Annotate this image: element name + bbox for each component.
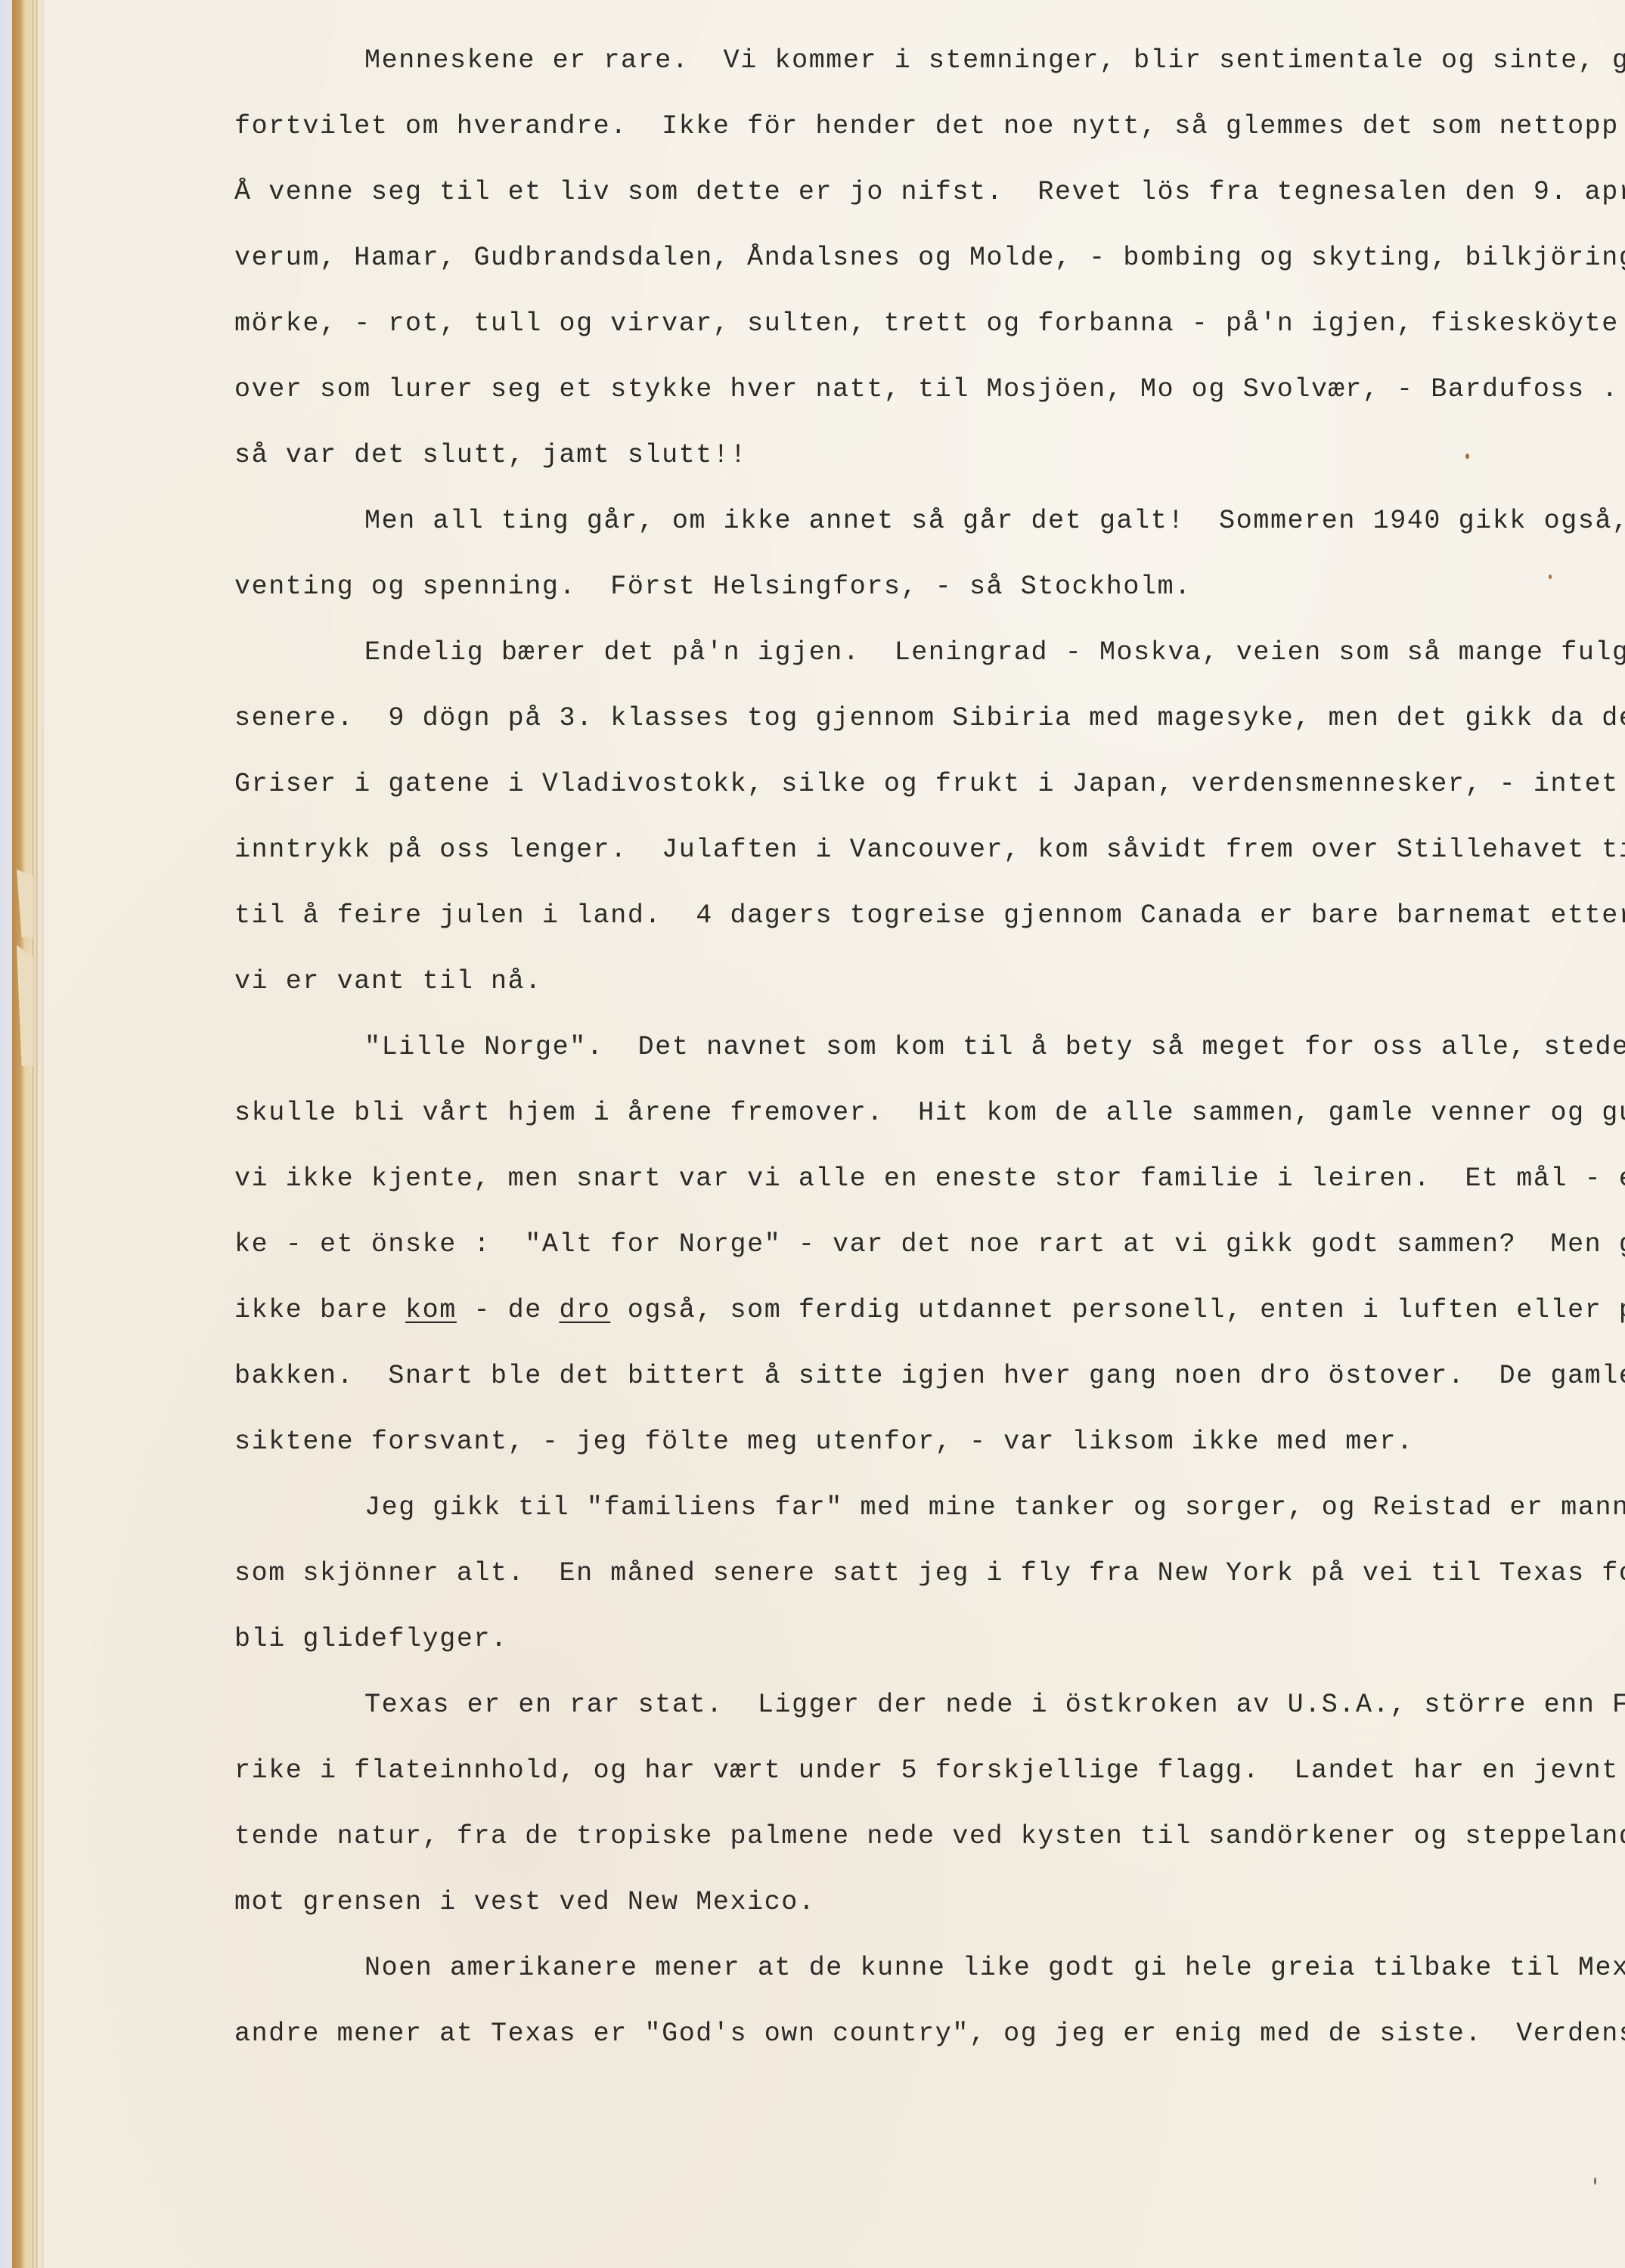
text-line: "Lille Norge". Det navnet som kom til å … [364,1030,1625,1064]
torn-paper-fragment [17,869,33,937]
text-line: som skjönner alt. En måned senere satt j… [234,1557,1625,1590]
text-line: ke - et önske : "Alt for Norge" - var de… [234,1228,1625,1261]
paper-speck [1594,2177,1596,2185]
torn-paper-fragment [17,945,33,1066]
text-line: Endelig bærer det på'n igjen. Leningrad … [364,636,1625,669]
text-line: Å venne seg til et liv som dette er jo n… [234,175,1625,209]
text-line: bli glideflyger. [234,1622,508,1656]
text-line: ikke bare kom - de dro også, som ferdig … [234,1294,1625,1327]
text-line: over som lurer seg et stykke hver natt, … [234,373,1625,406]
text-line: skulle bli vårt hjem i årene fremover. H… [234,1096,1625,1129]
text-line: bakken. Snart ble det bittert å sitte ig… [234,1359,1625,1393]
text-line: verum, Hamar, Gudbrandsdalen, Åndalsnes … [234,241,1625,274]
paper-speck [1465,454,1469,459]
text-line: Menneskene er rare. Vi kommer i stemning… [364,44,1625,77]
text-line: rike i flateinnhold, og har vært under 5… [234,1754,1625,1787]
text-line: andre mener at Texas er "God's own count… [234,2017,1625,2050]
text-line: fortvilet om hverandre. Ikke för hender … [234,110,1625,143]
text-line: venting og spenning. Först Helsingfors, … [234,570,1192,603]
paper-speck [1549,575,1552,579]
paper-sheet [44,0,1625,2268]
text-line: mot grensen i vest ved New Mexico. [234,1885,816,1919]
text-line: vi ikke kjente, men snart var vi alle en… [234,1162,1625,1195]
text-line: så var det slutt, jamt slutt!! [234,438,747,472]
text-line: mörke, - rot, tull og virvar, sulten, tr… [234,307,1625,340]
text-line: tende natur, fra de tropiske palmene ned… [234,1820,1625,1853]
text-line: vi er vant til nå. [234,965,542,998]
text-line: siktene forsvant, - jeg fölte meg utenfo… [234,1425,1414,1458]
text-line: til å feire julen i land. 4 dagers togre… [234,899,1625,932]
text-line: Griser i gatene i Vladivostokk, silke og… [234,767,1625,801]
text-line: Texas er en rar stat. Ligger der nede i … [364,1688,1625,1721]
text-line: senere. 9 dögn på 3. klasses tog gjennom… [234,702,1625,735]
text-line: Men all ting går, om ikke annet så går d… [364,504,1625,538]
underlined-word: dro [559,1295,610,1325]
text-line: Noen amerikanere mener at de kunne like … [364,1951,1625,1984]
underlined-word: kom [405,1295,457,1325]
text-line: Jeg gikk til "familiens far" med mine ta… [364,1491,1625,1524]
page-stack-edge [12,0,44,2268]
text-line: inntrykk på oss lenger. Julaften i Vanco… [234,833,1625,866]
